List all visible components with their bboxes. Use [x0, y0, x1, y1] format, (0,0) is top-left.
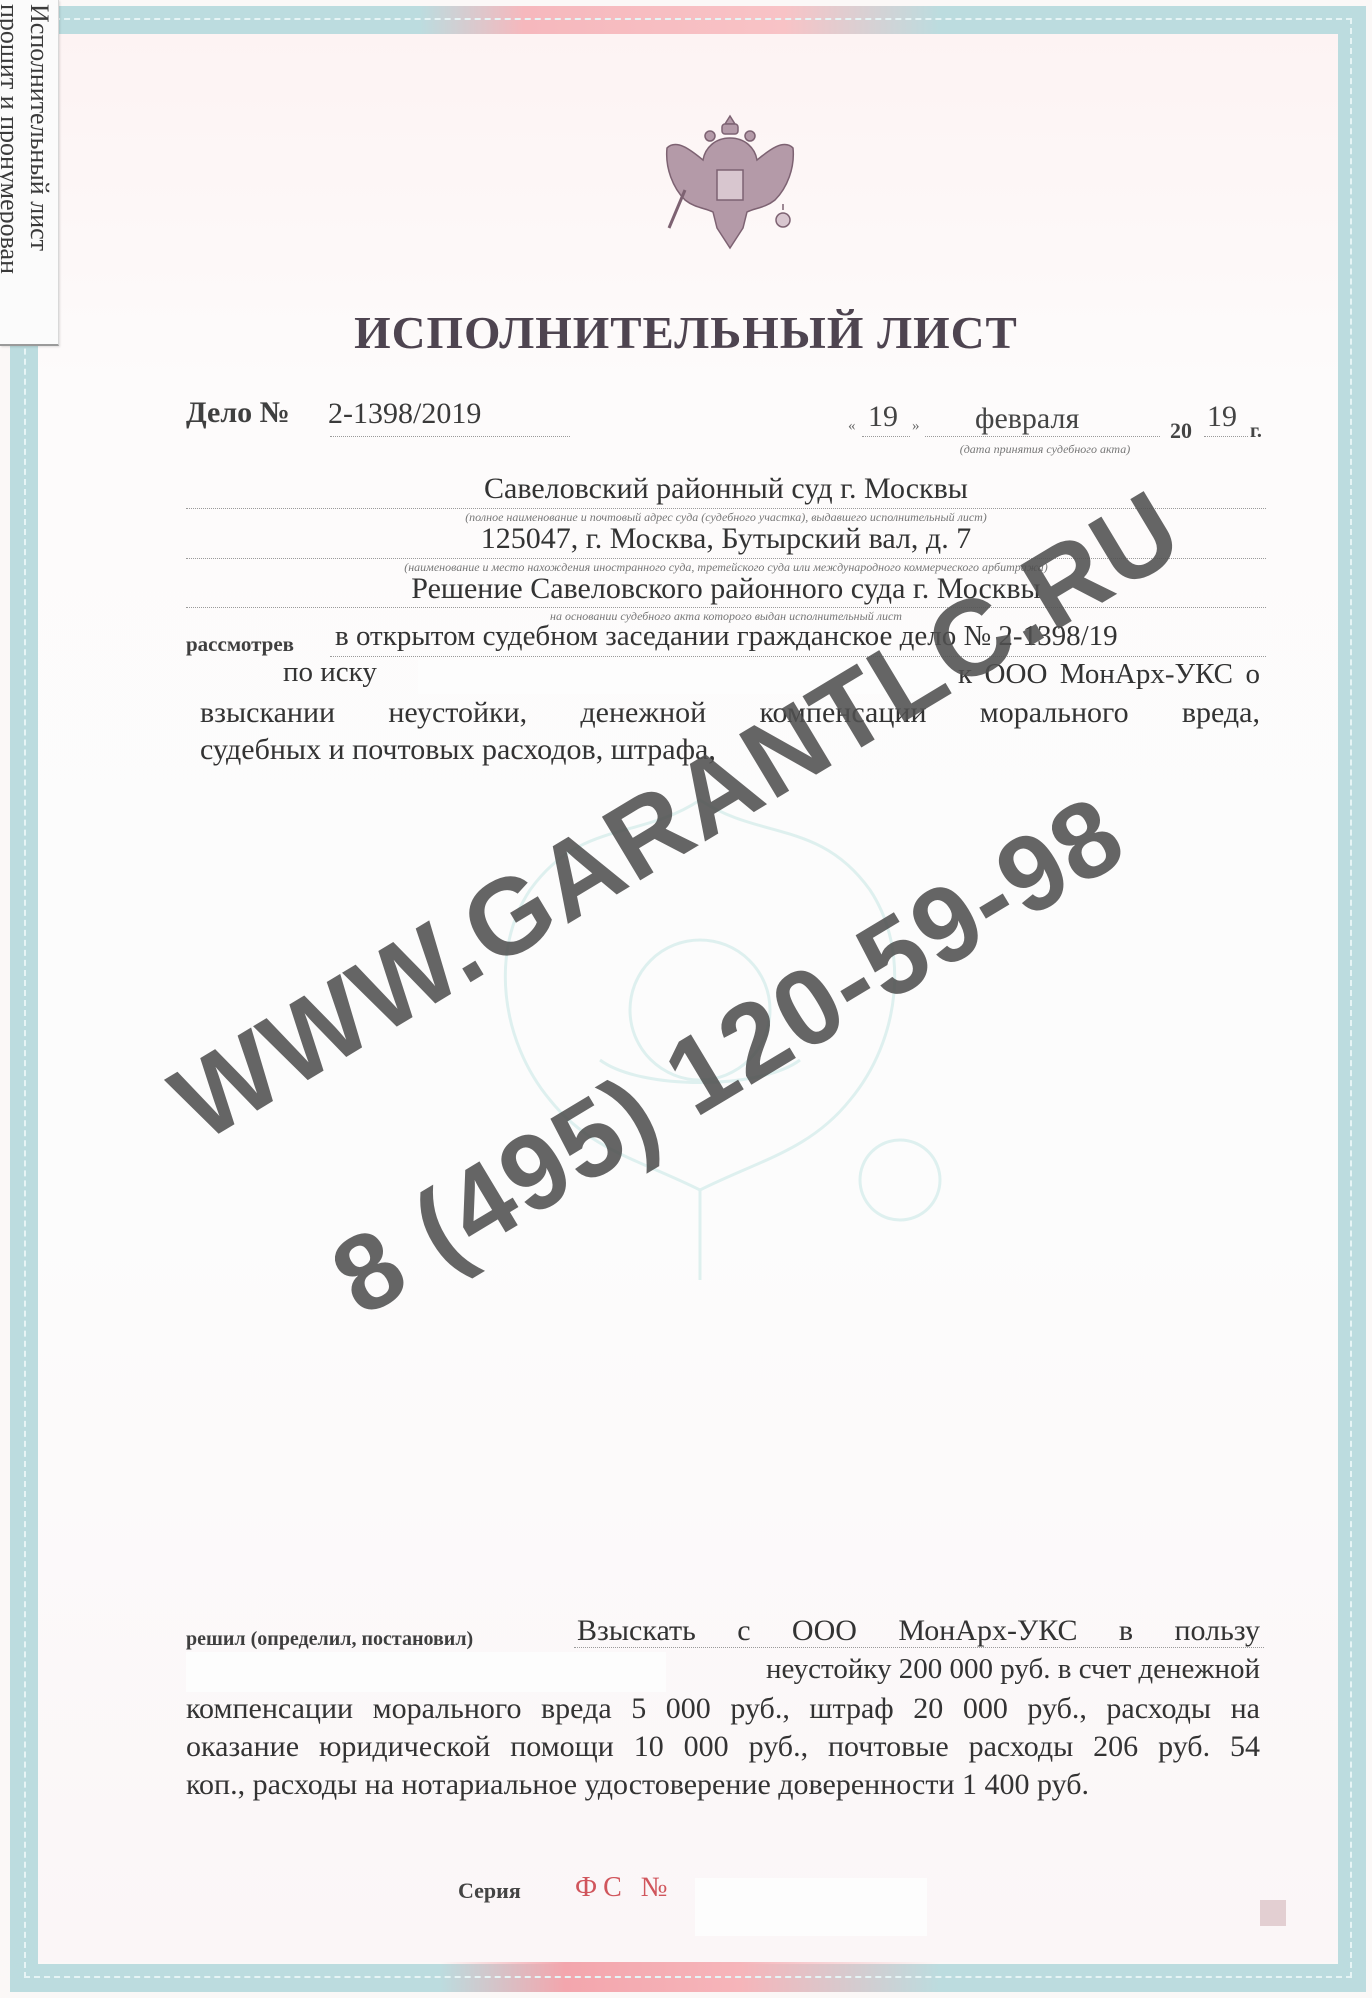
redacted-claimant	[186, 1652, 666, 1692]
series-label: Серия	[458, 1878, 521, 1904]
document-title: ИСПОЛНИТЕЛЬНЫЙ ЛИСТ	[0, 306, 1372, 359]
case-number-underline	[330, 436, 570, 437]
date-caption: (дата принятия судебного акта)	[920, 442, 1170, 457]
date-quote-close: »	[912, 418, 920, 435]
sticker-line-2: прошит и пронумерован	[0, 4, 24, 274]
decision-line-5: коп., расходы на нотариальное удостовере…	[186, 1768, 1260, 1802]
date-day: 19	[868, 400, 898, 434]
series-value: ФС №	[575, 1872, 674, 1904]
claim-prefix: по иску	[283, 656, 377, 689]
case-number-value: 2-1398/2019	[328, 397, 481, 431]
date-century: 20	[1170, 418, 1192, 444]
date-day-underline	[862, 436, 910, 437]
case-number-label: Дело №	[186, 396, 290, 430]
binding-sticker: Исполнительный лист прошит и пронумерова…	[0, 0, 59, 346]
date-year: 19	[1207, 400, 1237, 434]
decision-line-3: компенсации морального вреда 5 000 руб.,…	[186, 1692, 1260, 1726]
date-month-underline	[925, 436, 1160, 437]
date-year-unit: г.	[1250, 420, 1262, 443]
decision-line-1: Взыскать с ООО МонАрх-УКС в пользу	[577, 1614, 1260, 1648]
considered-underline	[330, 656, 1266, 657]
redacted-series-number	[695, 1878, 927, 1936]
hologram-square	[1260, 1900, 1286, 1926]
date-year-underline	[1204, 436, 1248, 437]
russian-coat-of-arms-icon	[655, 108, 805, 258]
sticker-line-1: Исполнительный лист	[24, 4, 54, 251]
date-month: февраля	[975, 402, 1079, 436]
date-quote-open: «	[848, 418, 856, 435]
decision-label: решил (определил, постановил)	[186, 1628, 473, 1651]
decision-line-4: оказание юридической помощи 10 000 руб.,…	[186, 1730, 1260, 1764]
decision-line-2: неустойку 200 000 руб. в счет денежной	[672, 1653, 1260, 1686]
decision-underline	[574, 1647, 1264, 1648]
considered-label: рассмотрев	[186, 632, 294, 657]
